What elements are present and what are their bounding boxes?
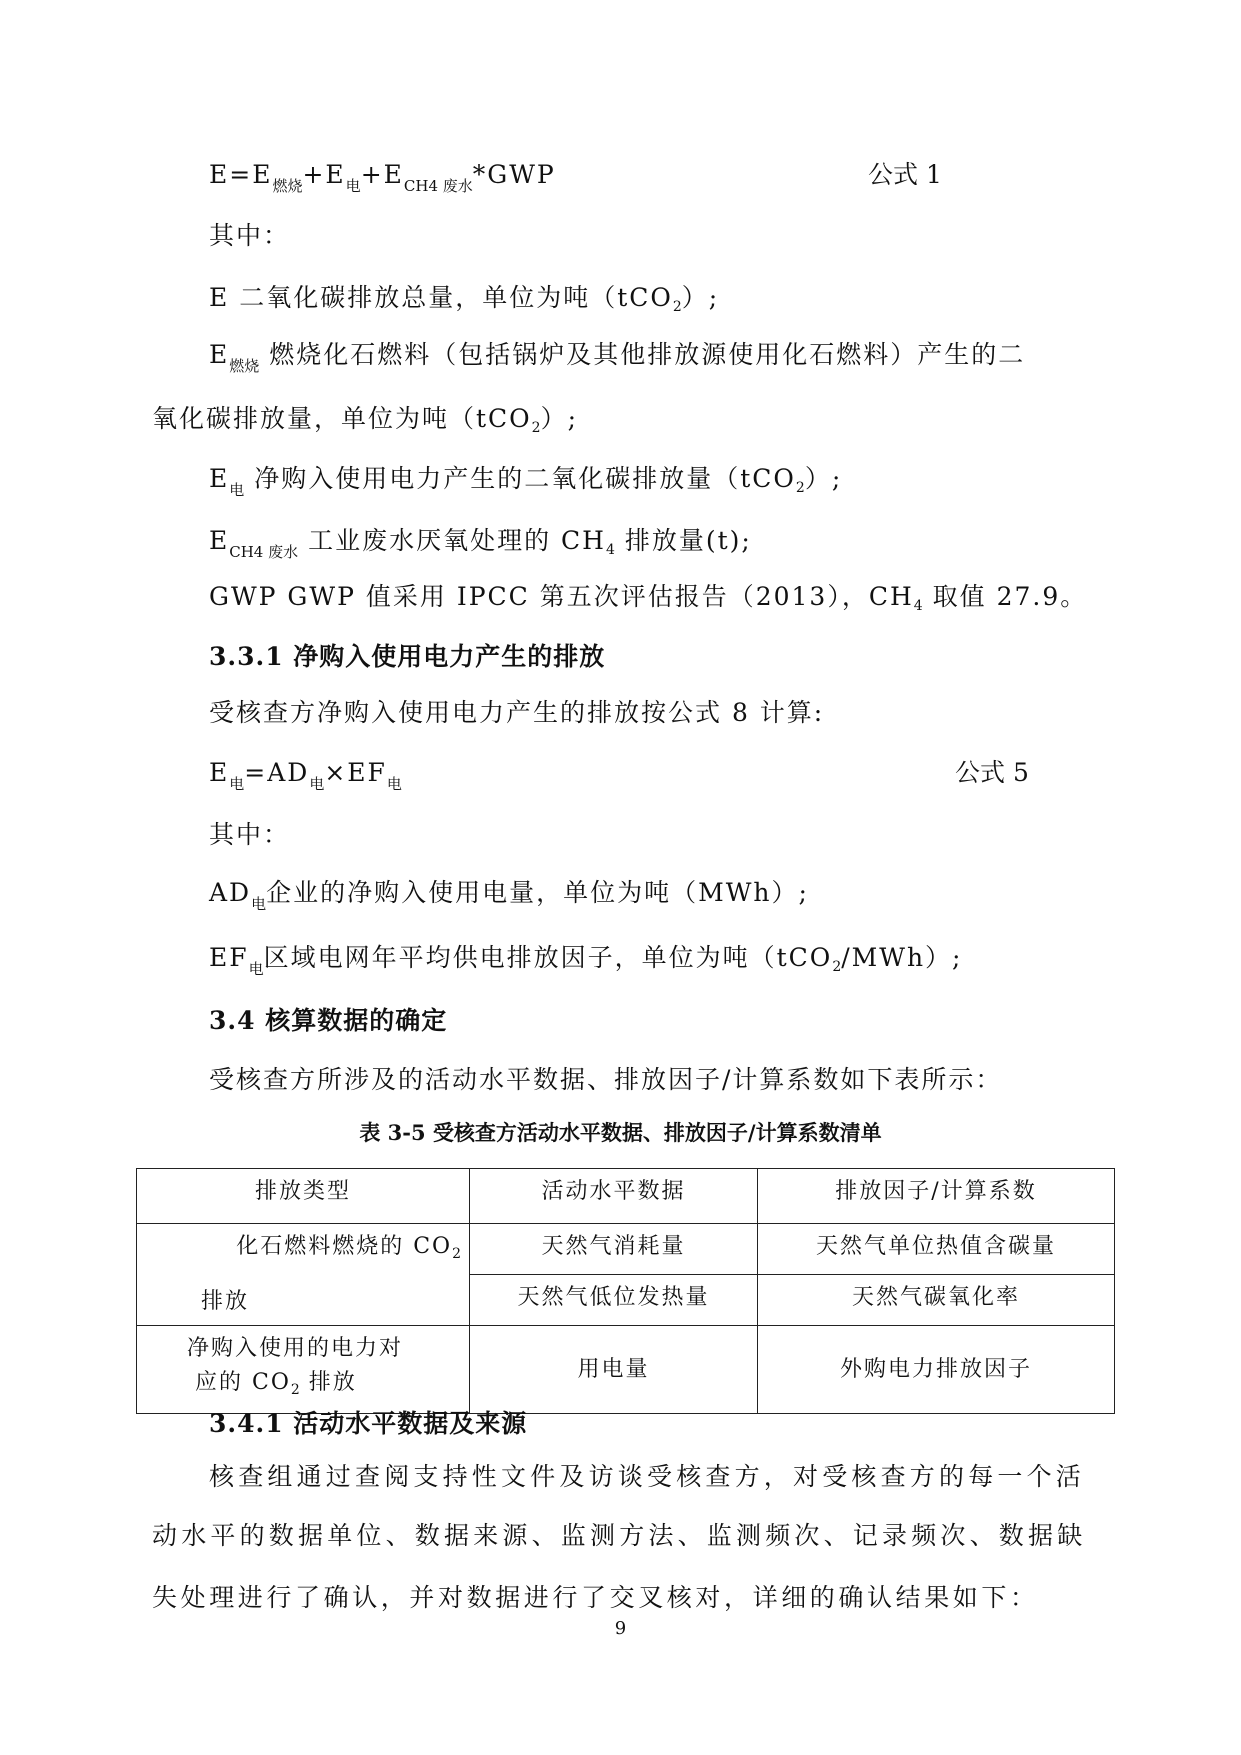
def-text: ）; [541, 404, 578, 433]
subscript: 电 [229, 775, 244, 793]
subscript: 燃烧 [272, 177, 302, 195]
table-cell-type: 化石燃料燃烧的 CO2 排放 [137, 1224, 470, 1326]
data-table: 排放类型 活动水平数据 排放因子/计算系数 化石燃料燃烧的 CO2 排放 天然气… [136, 1168, 1115, 1414]
formula-5-label: 公式 5 [955, 756, 1029, 790]
formula-text: +E [302, 160, 345, 189]
cell-line: 应的 CO2 排放 [187, 1366, 463, 1407]
table-header: 排放因子/计算系数 [758, 1169, 1115, 1224]
subscript: 电 [346, 177, 361, 195]
def-text: /MWh）; [841, 943, 962, 972]
formula-1: E=E燃烧+E电+ECH4 废水*GWP [209, 158, 556, 203]
table-header-row: 排放类型 活动水平数据 排放因子/计算系数 [137, 1169, 1115, 1224]
cell-text: 排放 [300, 1370, 357, 1395]
paragraph-line: 动水平的数据单位、数据来源、监测方法、监测频次、记录频次、数据缺 [152, 1519, 1086, 1553]
table-cell: 外购电力排放因子 [758, 1326, 1115, 1414]
section-heading-3-4: 3.4 核算数据的确定 [209, 1004, 447, 1038]
cell-line: 化石燃料燃烧的 CO2 [143, 1230, 461, 1271]
subscript: 电 [309, 775, 324, 793]
def-ef: EF电区域电网年平均供电排放因子，单位为吨（tCO2/MWh）; [209, 941, 962, 986]
table-cell: 天然气碳氧化率 [758, 1275, 1115, 1326]
def-text: 排放量(t); [615, 526, 752, 555]
formula-5: E电=AD电×EF电 [209, 756, 402, 801]
def-text: 工业废水厌氧处理的 CH [298, 526, 606, 555]
table-cell: 用电量 [470, 1326, 758, 1414]
subscript: 2 [673, 299, 682, 315]
subscript: 4 [914, 598, 923, 614]
table-cell: 天然气单位热值含碳量 [758, 1224, 1115, 1275]
table-cell-type: 净购入使用的电力对 应的 CO2 排放 [137, 1326, 470, 1414]
paragraph: 受核查方净购入使用电力产生的排放按公式 8 计算: [209, 696, 824, 730]
table-header: 排放类型 [137, 1169, 470, 1224]
section-heading-3-3-1: 3.3.1 净购入使用电力产生的排放 [209, 640, 605, 674]
def-text: GWP GWP 值采用 IPCC 第五次评估报告（2013），CH [209, 582, 914, 611]
table-row: 化石燃料燃烧的 CO2 排放 天然气消耗量 天然气单位热值含碳量 [137, 1224, 1115, 1275]
symbol: E [209, 464, 229, 493]
page-number: 9 [0, 1618, 1241, 1639]
where-label: 其中： [209, 818, 290, 852]
def-e-electricity: E电 净购入使用电力产生的二氧化碳排放量（tCO2）; [209, 462, 842, 507]
paragraph-line: 失处理进行了确认，并对数据进行了交叉核对，详细的确认结果如下： [152, 1581, 1039, 1615]
formula-text: ×EF [324, 758, 387, 787]
subscript: 2 [832, 959, 841, 975]
table-cell: 天然气消耗量 [470, 1224, 758, 1275]
subscript: 电 [251, 895, 266, 913]
subscript: 2 [452, 1246, 461, 1262]
def-e-combustion: E燃烧 燃烧化石燃料（包括锅炉及其他排放源使用化石燃料）产生的二 [209, 338, 1025, 383]
paragraph: 受核查方所涉及的活动水平数据、排放因子/计算系数如下表所示： [209, 1063, 1002, 1097]
where-label: 其中： [209, 219, 290, 253]
symbol: E [209, 340, 229, 369]
cell-line: 排放 [143, 1285, 461, 1319]
cell-text: 应的 CO [195, 1370, 291, 1395]
symbol: EF [209, 943, 249, 972]
formula-text: E=E [209, 160, 272, 189]
def-text: 净购入使用电力产生的二氧化碳排放量（tCO [244, 464, 796, 493]
def-text: ）; [805, 464, 842, 493]
table-caption: 表 3-5 受核查方活动水平数据、排放因子/计算系数清单 [0, 1117, 1241, 1147]
subscript: 电 [387, 775, 402, 793]
table-row: 净购入使用的电力对 应的 CO2 排放 用电量 外购电力排放因子 [137, 1326, 1115, 1414]
formula-text: E [209, 758, 229, 787]
symbol: E [209, 283, 229, 312]
def-gwp: GWP GWP 值采用 IPCC 第五次评估报告（2013），CH4 取值 27… [209, 580, 1087, 623]
table-header: 活动水平数据 [470, 1169, 758, 1224]
subscript: 燃烧 [229, 357, 259, 375]
def-text: 氧化碳排放量，单位为吨（tCO [152, 404, 532, 433]
formula-text: +E [361, 160, 404, 189]
subscript: 电 [229, 481, 244, 499]
cell-line: 净购入使用的电力对 [187, 1332, 463, 1366]
formula-1-label: 公式 1 [868, 158, 942, 192]
def-e-ch4: ECH4 废水 工业废水厌氧处理的 CH4 排放量(t); [209, 524, 752, 569]
paragraph-line: 核查组通过查阅支持性文件及访谈受核查方，对受核查方的每一个活 [209, 1460, 1085, 1494]
subscript: 4 [606, 542, 615, 558]
def-e: E 二氧化碳排放总量，单位为吨（tCO2）; [209, 281, 719, 324]
subscript: 2 [796, 480, 805, 496]
subscript: CH4 废水 [229, 543, 298, 561]
def-text: 燃烧化石燃料（包括锅炉及其他排放源使用化石燃料）产生的二 [259, 340, 1025, 369]
subscript: CH4 废水 [404, 177, 473, 195]
def-text: 取值 27.9。 [923, 582, 1088, 611]
section-heading-3-4-1: 3.4.1 活动水平数据及来源 [209, 1407, 527, 1441]
symbol: E [209, 526, 229, 555]
def-text: 二氧化碳排放总量，单位为吨（tCO [229, 283, 673, 312]
symbol: AD [209, 878, 251, 907]
subscript: 电 [249, 960, 264, 978]
subscript: 2 [532, 420, 541, 436]
def-text: ）; [682, 283, 719, 312]
def-text: 区域电网年平均供电排放因子，单位为吨（tCO [264, 943, 833, 972]
table-cell: 天然气低位发热量 [470, 1275, 758, 1326]
formula-text: *GWP [473, 160, 556, 189]
def-e-combustion-cont: 氧化碳排放量，单位为吨（tCO2）; [152, 402, 578, 445]
def-ad: AD电企业的净购入使用电量，单位为吨（MWh）; [209, 876, 809, 921]
cell-text: 化石燃料燃烧的 CO [236, 1234, 452, 1259]
def-text: 企业的净购入使用电量，单位为吨（MWh）; [266, 878, 809, 907]
formula-text: =AD [244, 758, 309, 787]
subscript: 2 [291, 1382, 300, 1398]
